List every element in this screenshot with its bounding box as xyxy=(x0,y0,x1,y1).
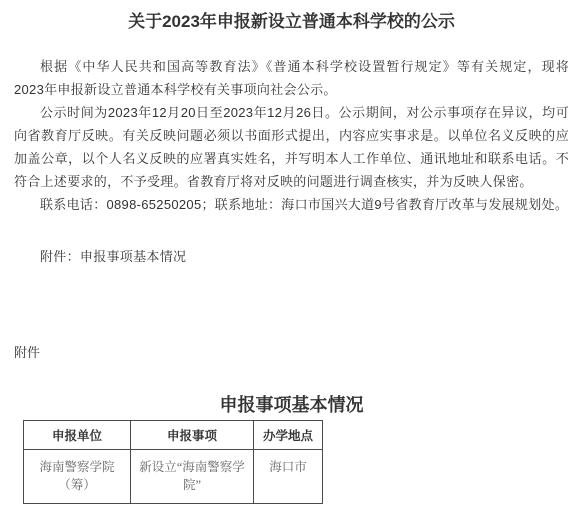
column-header-applicant-unit: 申报单位 xyxy=(24,421,131,450)
paragraph-attachment-reference: 附件：申报事项基本情况 xyxy=(14,245,569,268)
attachment-label: 附件 xyxy=(14,341,569,364)
announcement-document: 关于2023年申报新设立普通本科学校的公示 根据《中华人民共和国高等教育法》《普… xyxy=(0,0,583,504)
application-table-body: 海南警察学院（筹） 新设立“海南警察学院” 海口市 xyxy=(24,450,323,504)
page-title: 关于2023年申报新设立普通本科学校的公示 xyxy=(14,10,569,34)
paragraph-contact-info: 联系电话：0898-65250205；联系地址：海口市国兴大道9号省教育厅改革与… xyxy=(14,193,569,216)
table-header-row: 申报单位 申报事项 办学地点 xyxy=(24,421,323,450)
table-row: 海南警察学院（筹） 新设立“海南警察学院” 海口市 xyxy=(24,450,323,504)
cell-school-location: 海口市 xyxy=(254,450,323,504)
paragraph-publicity-period: 公示时间为2023年12月20日至2023年12月26日。公示期间，对公示事项存… xyxy=(14,101,569,193)
cell-application-item: 新设立“海南警察学院” xyxy=(131,450,254,504)
document-body: 根据《中华人民共和国高等教育法》《普通本科学校设置暂行规定》等有关规定，现将20… xyxy=(14,55,569,268)
column-header-application-item: 申报事项 xyxy=(131,421,254,450)
cell-applicant-unit: 海南警察学院（筹） xyxy=(24,450,131,504)
paragraph-regulations: 根据《中华人民共和国高等教育法》《普通本科学校设置暂行规定》等有关规定，现将20… xyxy=(14,55,569,101)
column-header-school-location: 办学地点 xyxy=(254,421,323,450)
application-table-header: 申报单位 申报事项 办学地点 xyxy=(24,421,323,450)
table-title: 申报事项基本情况 xyxy=(14,393,569,417)
application-table: 申报单位 申报事项 办学地点 海南警察学院（筹） 新设立“海南警察学院” 海口市 xyxy=(23,420,323,504)
